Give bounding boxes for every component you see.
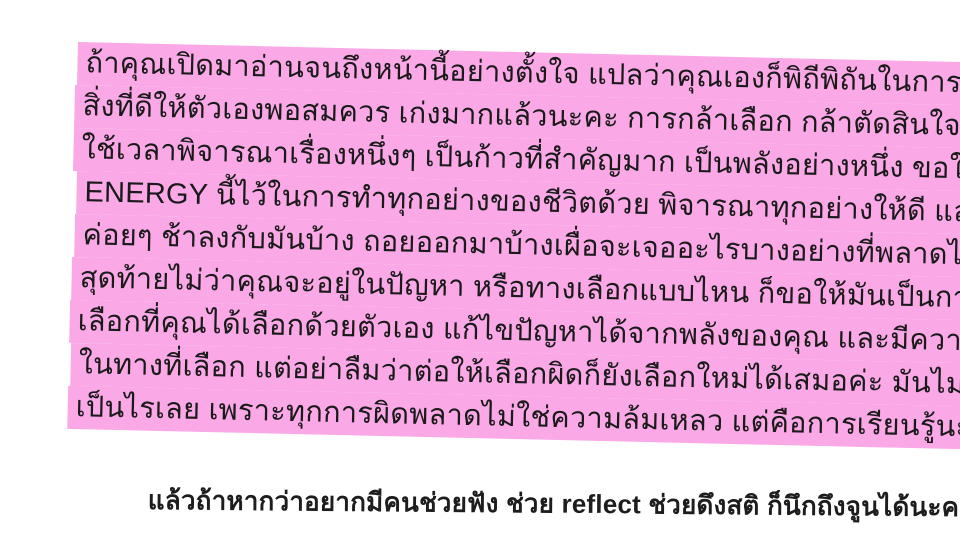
highlighted-paragraph: ถ้าคุณเปิดมาอ่านจนถึงหน้านี้อย่างตั้งใจ …	[67, 42, 960, 451]
bottom-caption: แล้วถ้าหากว่าอยากมีคนช่วยฟัง ช่วย reflec…	[148, 480, 948, 528]
page-background: ถ้าคุณเปิดมาอ่านจนถึงหน้านี้อย่างตั้งใจ …	[0, 0, 960, 540]
